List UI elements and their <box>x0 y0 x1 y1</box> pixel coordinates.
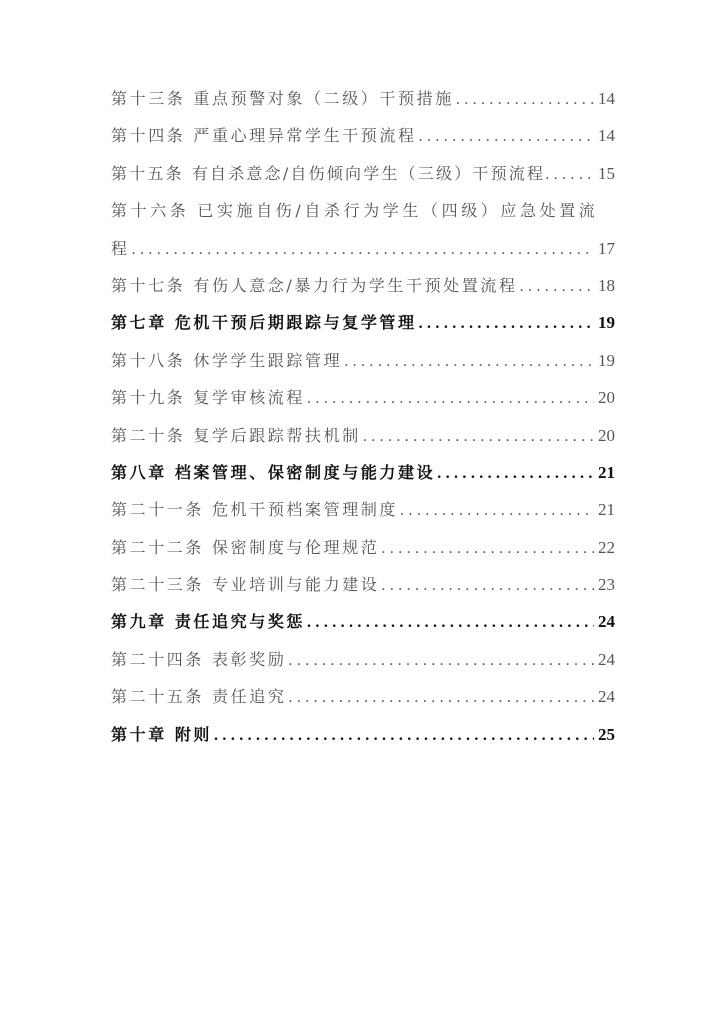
toc-page-number: 24 <box>598 650 615 670</box>
toc-entry-number: 第二十五条 <box>111 687 204 706</box>
toc-entry-chapter-8[interactable]: 第八章档案管理、保密制度与能力建设 21 <box>111 460 615 497</box>
toc-entry-article-17[interactable]: 第十七条有伤人意念/暴力行为学生干预处置流程 18 <box>111 273 615 310</box>
toc-entry-title: 附则 <box>175 725 212 744</box>
toc-entry-article-15[interactable]: 第十五条有自杀意念/自伤倾向学生（三级）干预流程 15 <box>111 161 615 198</box>
toc-entry-article-22[interactable]: 第二十二条保密制度与伦理规范 22 <box>111 535 615 572</box>
toc-entry-number: 第七章 <box>111 313 167 332</box>
dot-leader <box>307 614 594 632</box>
toc-entry-number: 第二十一条 <box>111 500 204 519</box>
toc-entry-title: 已实施自伤/自杀行为学生（四级）应急处置流 <box>197 201 598 220</box>
toc-entry-number: 第十三条 <box>111 89 185 108</box>
toc-page-number: 23 <box>598 575 615 595</box>
toc-entry-number: 第十七条 <box>111 276 185 295</box>
toc-entry-title: 有自杀意念/自伤倾向学生（三级）干预流程 <box>192 164 545 183</box>
toc-entry-article-13[interactable]: 第十三条重点预警对象（二级）干预措施 14 <box>111 86 615 123</box>
toc-page-number: 20 <box>598 388 615 408</box>
toc-page-number: 20 <box>598 426 615 446</box>
table-of-contents: 第十三条重点预警对象（二级）干预措施 14 第十四条严重心理异常学生干预流程 1… <box>111 86 615 759</box>
toc-entry-title: 责任追究与奖惩 <box>175 612 305 631</box>
toc-entry-chapter-10[interactable]: 第十章附则 25 <box>111 722 615 759</box>
toc-page-number: 18 <box>598 276 615 296</box>
toc-entry-article-21[interactable]: 第二十一条危机干预档案管理制度 21 <box>111 497 615 534</box>
toc-entry-title: 保密制度与伦理规范 <box>212 538 379 557</box>
dot-leader <box>214 727 594 745</box>
toc-entry-number: 第九章 <box>111 612 167 631</box>
dot-leader <box>307 390 594 408</box>
toc-entry-title: 有伤人意念/暴力行为学生干预处置流程 <box>193 276 517 295</box>
document-page: 第十三条重点预警对象（二级）干预措施 14 第十四条严重心理异常学生干预流程 1… <box>0 0 724 1024</box>
toc-page-number: 19 <box>598 351 615 371</box>
toc-page-number: 21 <box>598 500 615 520</box>
toc-entry-title: 档案管理、保密制度与能力建设 <box>175 463 435 482</box>
toc-entry-number: 第十五条 <box>111 164 184 183</box>
toc-entry-title: 复学后跟踪帮扶机制 <box>193 426 360 445</box>
dot-leader <box>419 128 594 146</box>
toc-page-number: 22 <box>598 538 615 558</box>
toc-entry-number: 第二十二条 <box>111 538 204 557</box>
toc-page-number: 19 <box>598 313 615 333</box>
toc-page-number: 21 <box>598 463 615 483</box>
toc-entry-chapter-7[interactable]: 第七章危机干预后期跟踪与复学管理 19 <box>111 310 615 347</box>
toc-entry-title: 重点预警对象（二级）干预措施 <box>193 89 453 108</box>
toc-entry-article-18[interactable]: 第十八条休学学生跟踪管理 19 <box>111 348 615 385</box>
toc-page-number: 24 <box>598 612 615 632</box>
toc-entry-number: 第十八条 <box>111 351 185 370</box>
dot-leader <box>288 652 594 670</box>
toc-entry-article-19[interactable]: 第十九条复学审核流程 20 <box>111 385 615 422</box>
toc-page-number: 15 <box>598 164 615 184</box>
toc-entry-number: 第二十条 <box>111 426 185 445</box>
toc-entry-title: 严重心理异常学生干预流程 <box>193 126 416 145</box>
toc-entry-article-25[interactable]: 第二十五条责任追究 24 <box>111 684 615 721</box>
toc-entry-article-23[interactable]: 第二十三条专业培训与能力建设 23 <box>111 572 615 609</box>
toc-entry-title: 危机干预后期跟踪与复学管理 <box>175 313 417 332</box>
dot-leader <box>437 465 594 483</box>
toc-entry-article-24[interactable]: 第二十四条表彰奖励 24 <box>111 647 615 684</box>
toc-entry-number: 第八章 <box>111 463 167 482</box>
toc-entry-title: 危机干预档案管理制度 <box>212 500 398 519</box>
dot-leader <box>456 91 594 109</box>
toc-entry-chapter-9[interactable]: 第九章责任追究与奖惩 24 <box>111 609 615 646</box>
toc-entry-number: 第二十三条 <box>111 575 204 594</box>
dot-leader <box>381 540 594 558</box>
toc-page-number: 14 <box>598 89 615 109</box>
toc-entry-number: 第十章 <box>111 725 167 744</box>
toc-entry-title-continued: 程 <box>111 239 130 258</box>
toc-page-number: 17 <box>598 239 615 259</box>
toc-entry-title: 复学审核流程 <box>193 388 305 407</box>
dot-leader <box>400 502 594 520</box>
dot-leader <box>132 241 594 259</box>
toc-entry-title: 休学学生跟踪管理 <box>193 351 342 370</box>
toc-entry-title: 专业培训与能力建设 <box>212 575 379 594</box>
toc-page-number: 25 <box>598 725 615 745</box>
toc-entry-article-16-continued[interactable]: 程 17 <box>111 236 615 273</box>
toc-page-number: 14 <box>598 126 615 146</box>
dot-leader <box>419 315 594 333</box>
toc-entry-number: 第十六条 <box>111 201 189 220</box>
toc-entry-title: 表彰奖励 <box>212 650 286 669</box>
toc-entry-article-16[interactable]: 第十六条已实施自伤/自杀行为学生（四级）应急处置流 <box>111 198 615 235</box>
toc-page-number: 24 <box>598 687 615 707</box>
dot-leader <box>381 577 594 595</box>
toc-entry-article-14[interactable]: 第十四条严重心理异常学生干预流程 14 <box>111 123 615 160</box>
toc-entry-number: 第二十四条 <box>111 650 204 669</box>
dot-leader <box>363 428 594 446</box>
dot-leader <box>545 166 596 184</box>
dot-leader <box>344 353 594 371</box>
toc-entry-number: 第十四条 <box>111 126 185 145</box>
toc-entry-title: 责任追究 <box>212 687 286 706</box>
toc-entry-number: 第十九条 <box>111 388 185 407</box>
dot-leader <box>520 278 594 296</box>
toc-entry-article-20[interactable]: 第二十条复学后跟踪帮扶机制 20 <box>111 423 615 460</box>
dot-leader <box>288 689 594 707</box>
